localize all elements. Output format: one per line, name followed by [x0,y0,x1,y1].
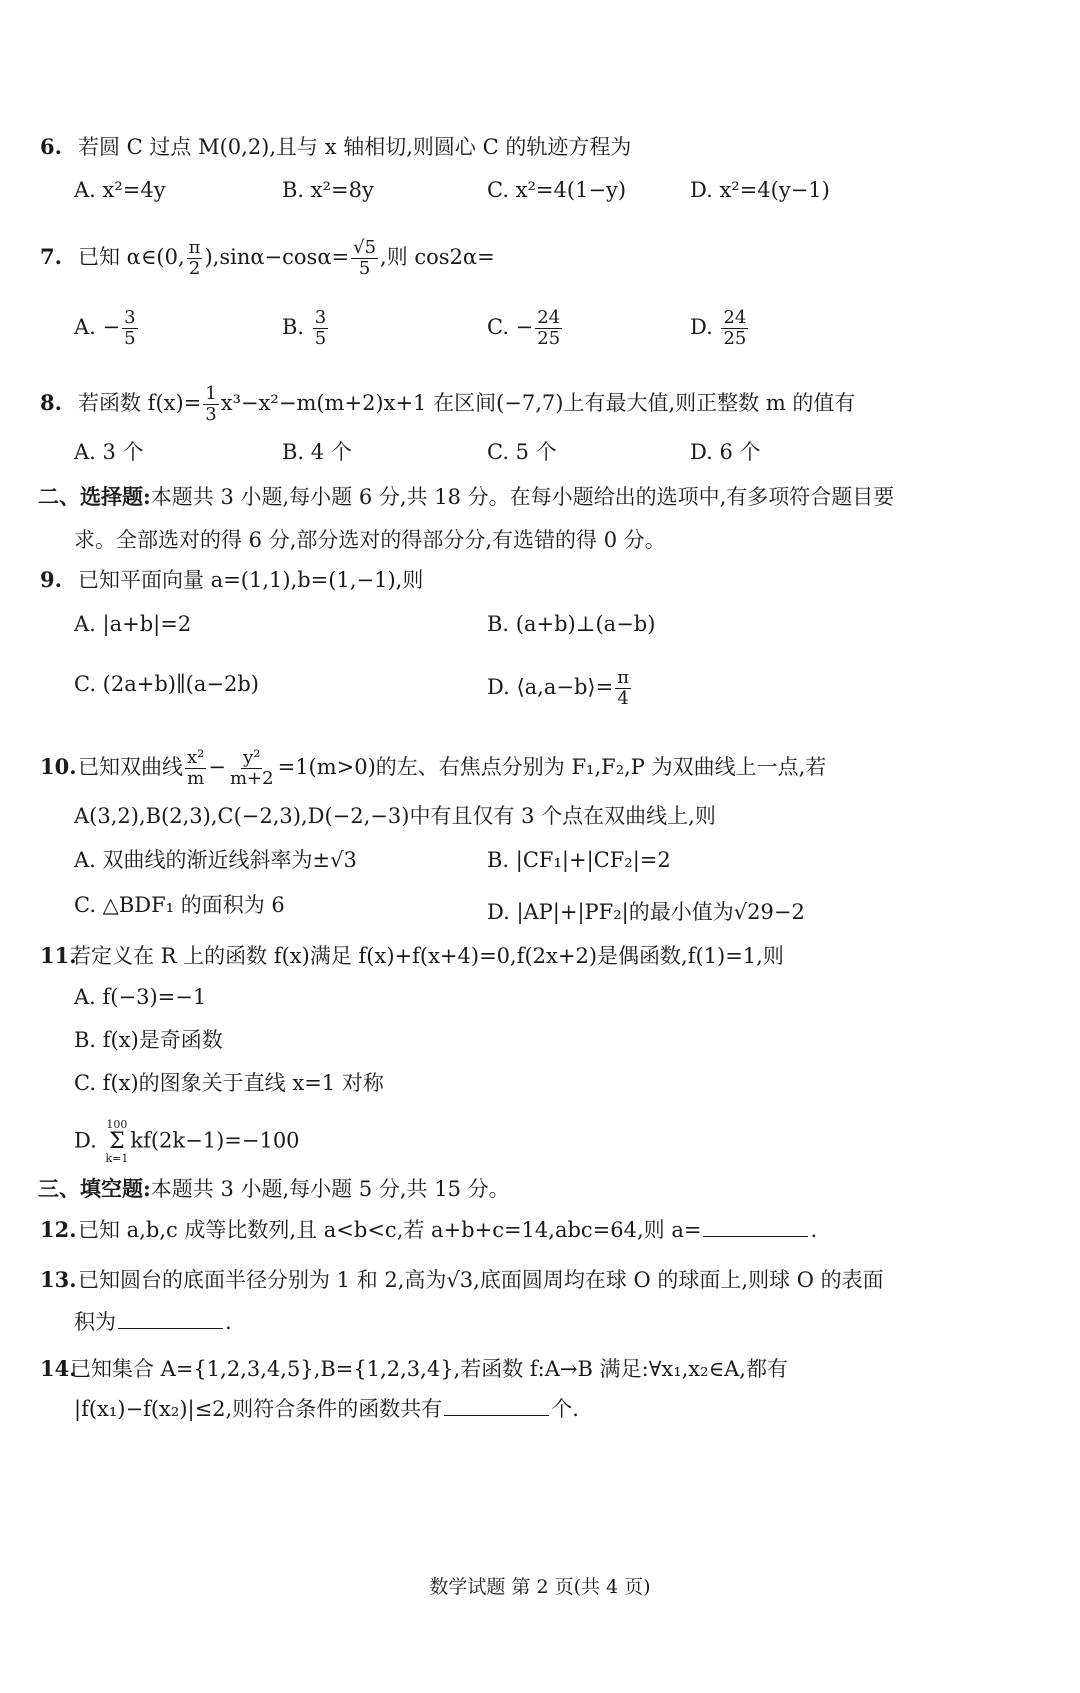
question-number: 8. [40,389,78,417]
option-b: B. f(x)是奇函数 [74,1026,223,1054]
stem-text: 积为 [74,1310,116,1334]
fraction: y²m+2 [228,748,276,789]
expression: kf(2k−1)=−100 [130,1129,299,1153]
option-a: A. x²=4y [74,176,166,204]
denominator: 25 [535,329,562,349]
option-d: D. x²=4(y−1) [690,176,830,204]
option-d: D. 2425 [690,308,750,349]
stem-text: 若函数 f(x)= [78,391,201,415]
option-c: C. △BDF₁ 的面积为 6 [74,891,285,919]
question-number: 14. [40,1355,70,1383]
section-title: 三、填空题: [38,1176,151,1201]
question-13: 13.已知圆台的底面半径分别为 1 和 2,高为√3,底面圆周均在球 O 的球面… [40,1266,884,1294]
fraction: 35 [122,308,137,349]
denominator: 3 [203,405,218,425]
numerator: 3 [122,308,137,329]
option-a: A. |a+b|=2 [74,610,191,638]
option-label: D. ⟨a,a−b⟩= [487,675,613,699]
option-b: B. x²=8y [282,176,374,204]
numerator: 1 [203,384,218,405]
option-label: C. − [487,315,533,339]
numerator: 24 [721,308,748,329]
option-d: D. |AP|+|PF₂|的最小值为√29−2 [487,898,805,926]
question-stem: 已知圆台的底面半径分别为 1 和 2,高为√3,底面圆周均在球 O 的球面上,则… [78,1268,884,1292]
question-number: 13. [40,1266,78,1294]
fraction: 35 [313,308,328,349]
unit-text: 个. [551,1397,579,1421]
stem-text: ),sinα−cosα= [204,245,349,269]
question-number: 7. [40,243,78,271]
section-title: 二、选择题: [38,484,151,509]
question-stem: 若圆 C 过点 M(0,2),且与 x 轴相切,则圆心 C 的轨迹方程为 [78,135,631,159]
question-stem: 已知集合 A={1,2,3,4,5},B={1,2,3,4},若函数 f:A→B… [70,1357,788,1381]
denominator: 2 [187,259,202,279]
numerator: 3 [313,308,328,329]
option-d: D. 6 个 [690,438,760,466]
option-c: C. (2a+b)∥(a−2b) [74,670,259,698]
question-8: 8.若函数 f(x)=13x³−x²−m(m+2)x+1 在区间(−7,7)上有… [40,384,855,425]
sigma-symbol: Σ [109,1132,125,1152]
stem-text: |f(x₁)−f(x₂)|≤2,则符合条件的函数共有 [74,1397,442,1421]
fraction: π4 [615,668,631,709]
exam-page: 6.若圆 C 过点 M(0,2),且与 x 轴相切,则圆心 C 的轨迹方程为 A… [0,0,1080,1693]
option-label: B. [282,315,304,339]
numerator: π [615,668,631,689]
fraction: x²m [185,748,206,789]
stem-text: 已知双曲线 [78,755,183,779]
option-b: B. |CF₁|+|CF₂|=2 [487,846,671,874]
fraction: √55 [351,238,378,279]
stem-text: 已知 α∈(0, [78,245,185,269]
option-c: C. x²=4(1−y) [487,176,626,204]
question-number: 12. [40,1216,78,1244]
question-9: 9.已知平面向量 a=(1,1),b=(1,−1),则 [40,566,423,594]
option-label: A. − [74,315,120,339]
period: . [810,1218,817,1242]
fraction: π2 [187,238,203,279]
option-d: D. ⟨a,a−b⟩=π4 [487,668,633,709]
denominator: 5 [357,259,372,279]
denominator: m [185,769,206,789]
option-a: A. −35 [74,308,140,349]
question-6: 6.若圆 C 过点 M(0,2),且与 x 轴相切,则圆心 C 的轨迹方程为 [40,133,631,161]
denominator: 4 [615,689,630,709]
minus-sign: − [208,755,226,779]
question-14-line2: |f(x₁)−f(x₂)|≤2,则符合条件的函数共有个. [74,1395,579,1423]
option-c: C. 5 个 [487,438,557,466]
fraction: 2425 [535,308,562,349]
fraction: 13 [203,384,218,425]
option-b: B. 35 [282,308,330,349]
section-instructions: 本题共 3 小题,每小题 5 分,共 15 分。 [151,1177,510,1201]
option-label: D. [690,315,713,339]
section-2-header: 二、选择题:本题共 3 小题,每小题 6 分,共 18 分。在每小题给出的选项中… [38,483,894,511]
fraction: 2425 [721,308,748,349]
denominator: m+2 [228,769,276,789]
question-12: 12.已知 a,b,c 成等比数列,且 a<b<c,若 a+b+c=14,abc… [40,1216,817,1244]
option-c: C. f(x)的图象关于直线 x=1 对称 [74,1069,384,1097]
question-7: 7.已知 α∈(0,π2),sinα−cosα=√55,则 cos2α= [40,238,495,279]
stem-text: ,则 cos2α= [380,245,495,269]
lower-limit: k=1 [105,1152,128,1166]
option-d: D. 100Σk=1kf(2k−1)=−100 [74,1118,300,1166]
section-instructions: 本题共 3 小题,每小题 6 分,共 18 分。在每小题给出的选项中,有多项符合… [151,485,895,509]
numerator: x² [185,748,206,769]
denominator: 25 [721,329,748,349]
denominator: 5 [122,329,137,349]
question-number: 11. [40,942,70,970]
option-c: C. −2425 [487,308,564,349]
section-2-instructions-cont: 求。全部选对的得 6 分,部分选对的得部分分,有选错的得 0 分。 [74,526,666,554]
answer-blank[interactable] [118,1308,223,1329]
question-number: 9. [40,566,78,594]
question-number: 10. [40,753,78,781]
summation: 100Σk=1 [105,1118,128,1166]
question-14: 14.已知集合 A={1,2,3,4,5},B={1,2,3,4},若函数 f:… [40,1355,788,1383]
option-b: B. 4 个 [282,438,352,466]
option-a: A. 3 个 [74,438,144,466]
numerator: 24 [535,308,562,329]
denominator: 5 [313,329,328,349]
question-stem: 已知平面向量 a=(1,1),b=(1,−1),则 [78,568,423,592]
numerator: y² [241,748,262,769]
question-number: 6. [40,133,78,161]
question-stem: 已知 a,b,c 成等比数列,且 a<b<c,若 a+b+c=14,abc=64… [78,1218,701,1242]
numerator: √5 [351,238,378,259]
period: . [225,1310,232,1334]
question-10-line2: A(3,2),B(2,3),C(−2,3),D(−2,−3)中有且仅有 3 个点… [74,802,716,830]
question-13-line2: 积为. [74,1308,232,1336]
option-a: A. 双曲线的渐近线斜率为±√3 [74,846,357,874]
option-label: D. [74,1129,97,1153]
answer-blank[interactable] [444,1395,549,1416]
answer-blank[interactable] [703,1216,808,1237]
page-footer: 数学试题 第 2 页(共 4 页) [0,1572,1080,1599]
section-3-header: 三、填空题:本题共 3 小题,每小题 5 分,共 15 分。 [38,1175,510,1203]
question-10: 10.已知双曲线x²m−y²m+2=1(m>0)的左、右焦点分别为 F₁,F₂,… [40,748,826,789]
option-a: A. f(−3)=−1 [74,983,206,1011]
stem-text: =1(m>0)的左、右焦点分别为 F₁,F₂,P 为双曲线上一点,若 [278,755,827,779]
question-11: 11.若定义在 R 上的函数 f(x)满足 f(x)+f(x+4)=0,f(2x… [40,942,784,970]
numerator: π [187,238,203,259]
option-b: B. (a+b)⊥(a−b) [487,610,655,638]
stem-text: x³−x²−m(m+2)x+1 在区间(−7,7)上有最大值,则正整数 m 的值… [221,391,856,415]
question-stem: 若定义在 R 上的函数 f(x)满足 f(x)+f(x+4)=0,f(2x+2)… [70,944,784,968]
